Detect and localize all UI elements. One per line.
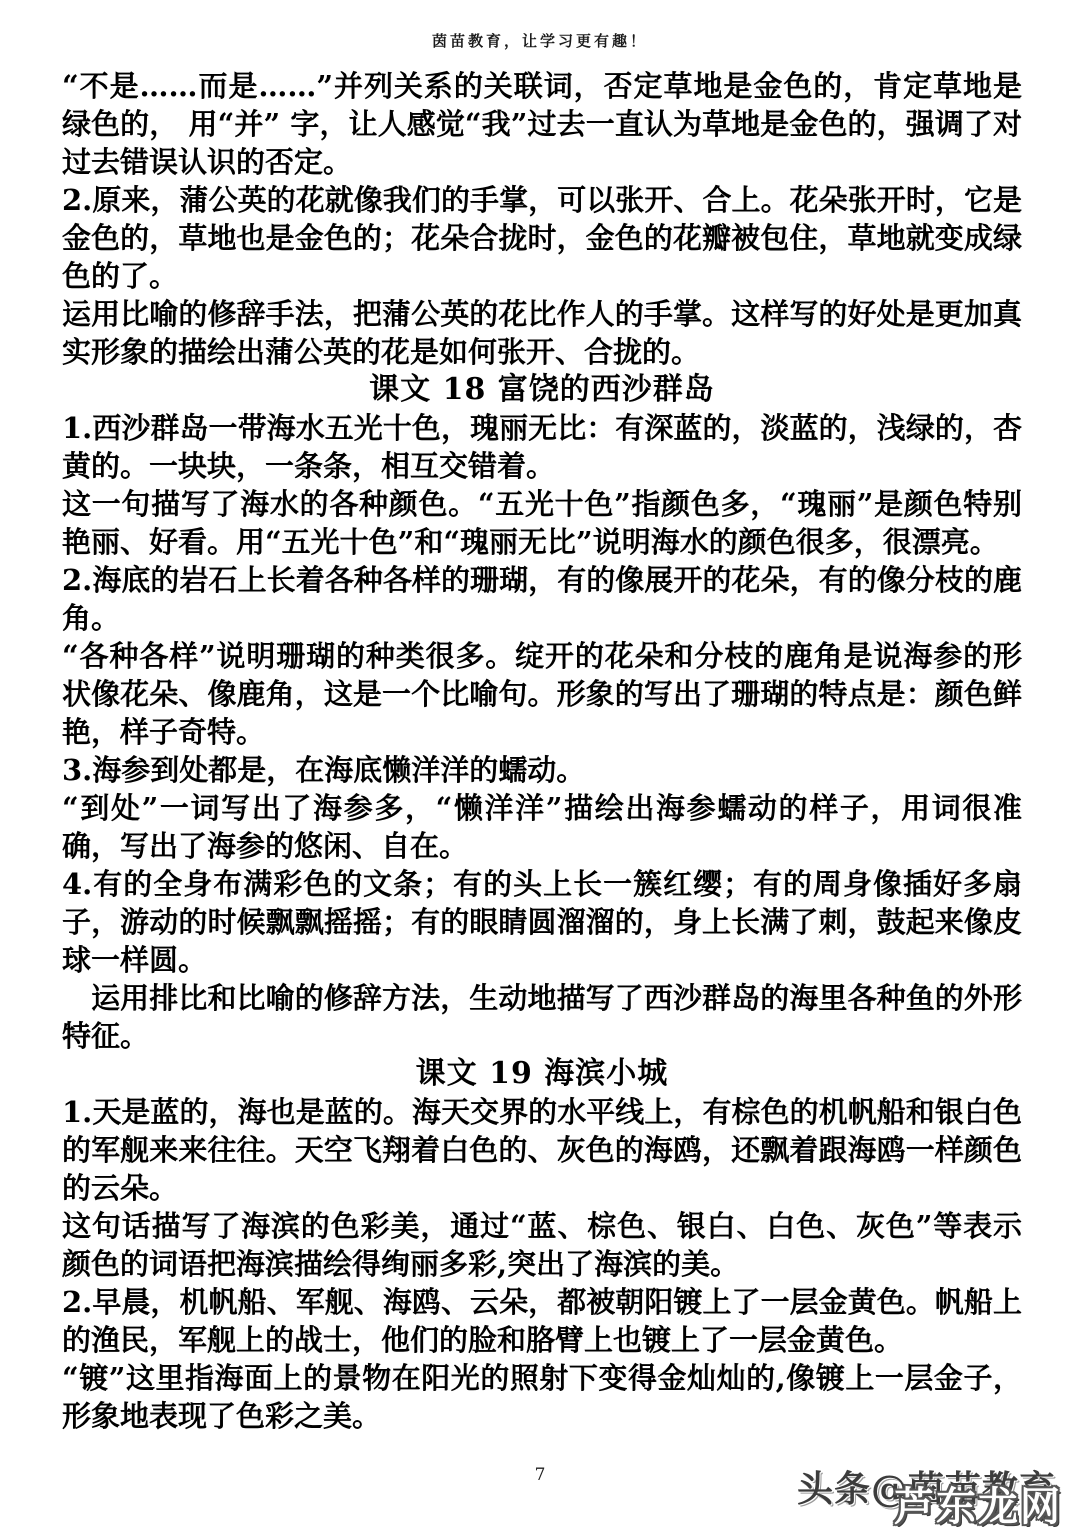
paragraph: 3.海参到处都是，在海底懒洋洋的蠕动。 <box>62 751 1022 789</box>
watermark: 头条@茵苗教育 芦东龙网 <box>792 1457 1062 1517</box>
section-heading-lesson-19: 课文 19 海滨小城 <box>62 1055 1022 1093</box>
paragraph: 这一句描写了海水的各种颜色。“五光十色”指颜色多，“瑰丽”是颜色特别艳丽、好看。… <box>62 485 1022 561</box>
document-body: “不是……而是……”并列关系的关联词，否定草地是金色的，肯定草地是绿色的， 用“… <box>62 67 1022 1435</box>
paragraph: 运用比喻的修辞手法，把蒲公英的花比作人的手掌。这样写的好处是更加真实形象的描绘出… <box>62 295 1022 371</box>
paragraph: 2.原来，蒲公英的花就像我们的手掌，可以张开、合上。花朵张开时，它是金色的，草地… <box>62 181 1022 295</box>
header-slogan: 茵苗教育，让学习更有趣！ <box>0 0 1080 51</box>
section-heading-lesson-18: 课文 18 富饶的西沙群岛 <box>62 371 1022 409</box>
paragraph: 2.早晨，机帆船、军舰、海鸥、云朵，都被朝阳镀上了一层金黄色。帆船上的渔民，军舰… <box>62 1283 1022 1359</box>
paragraph: 运用排比和比喻的修辞方法，生动地描写了西沙群岛的海里各种鱼的外形特征。 <box>62 979 1022 1055</box>
paragraph: 2.海底的岩石上长着各种各样的珊瑚，有的像展开的花朵，有的像分枝的鹿角。 <box>62 561 1022 637</box>
paragraph: “不是……而是……”并列关系的关联词，否定草地是金色的，肯定草地是绿色的， 用“… <box>62 67 1022 181</box>
watermark-overlay-label: 芦东龙网 <box>894 1475 1062 1527</box>
paragraph: “镀”这里指海面上的景物在阳光的照射下变得金灿灿的,像镀上一层金子，形象地表现了… <box>62 1359 1022 1435</box>
document-page: 茵苗教育，让学习更有趣！ “不是……而是……”并列关系的关联词，否定草地是金色的… <box>0 0 1080 1527</box>
paragraph: 1.天是蓝的，海也是蓝的。海天交界的水平线上，有棕色的机帆船和银白色的军舰来来往… <box>62 1093 1022 1207</box>
paragraph: “到处”一词写出了海参多，“懒洋洋”描绘出海参蠕动的样子，用词很准确，写出了海参… <box>62 789 1022 865</box>
paragraph: 4.有的全身布满彩色的文条；有的头上长一簇红缨；有的周身像插好多扇子，游动的时候… <box>62 865 1022 979</box>
paragraph: “各种各样”说明珊瑚的种类很多。绽开的花朵和分枝的鹿角是说海参的形状像花朵、像鹿… <box>62 637 1022 751</box>
paragraph: 这句话描写了海滨的色彩美，通过“蓝、棕色、银白、白色、灰色”等表示颜色的词语把海… <box>62 1207 1022 1283</box>
paragraph: 1.西沙群岛一带海水五光十色，瑰丽无比：有深蓝的，淡蓝的，浅绿的，杏黄的。一块块… <box>62 409 1022 485</box>
